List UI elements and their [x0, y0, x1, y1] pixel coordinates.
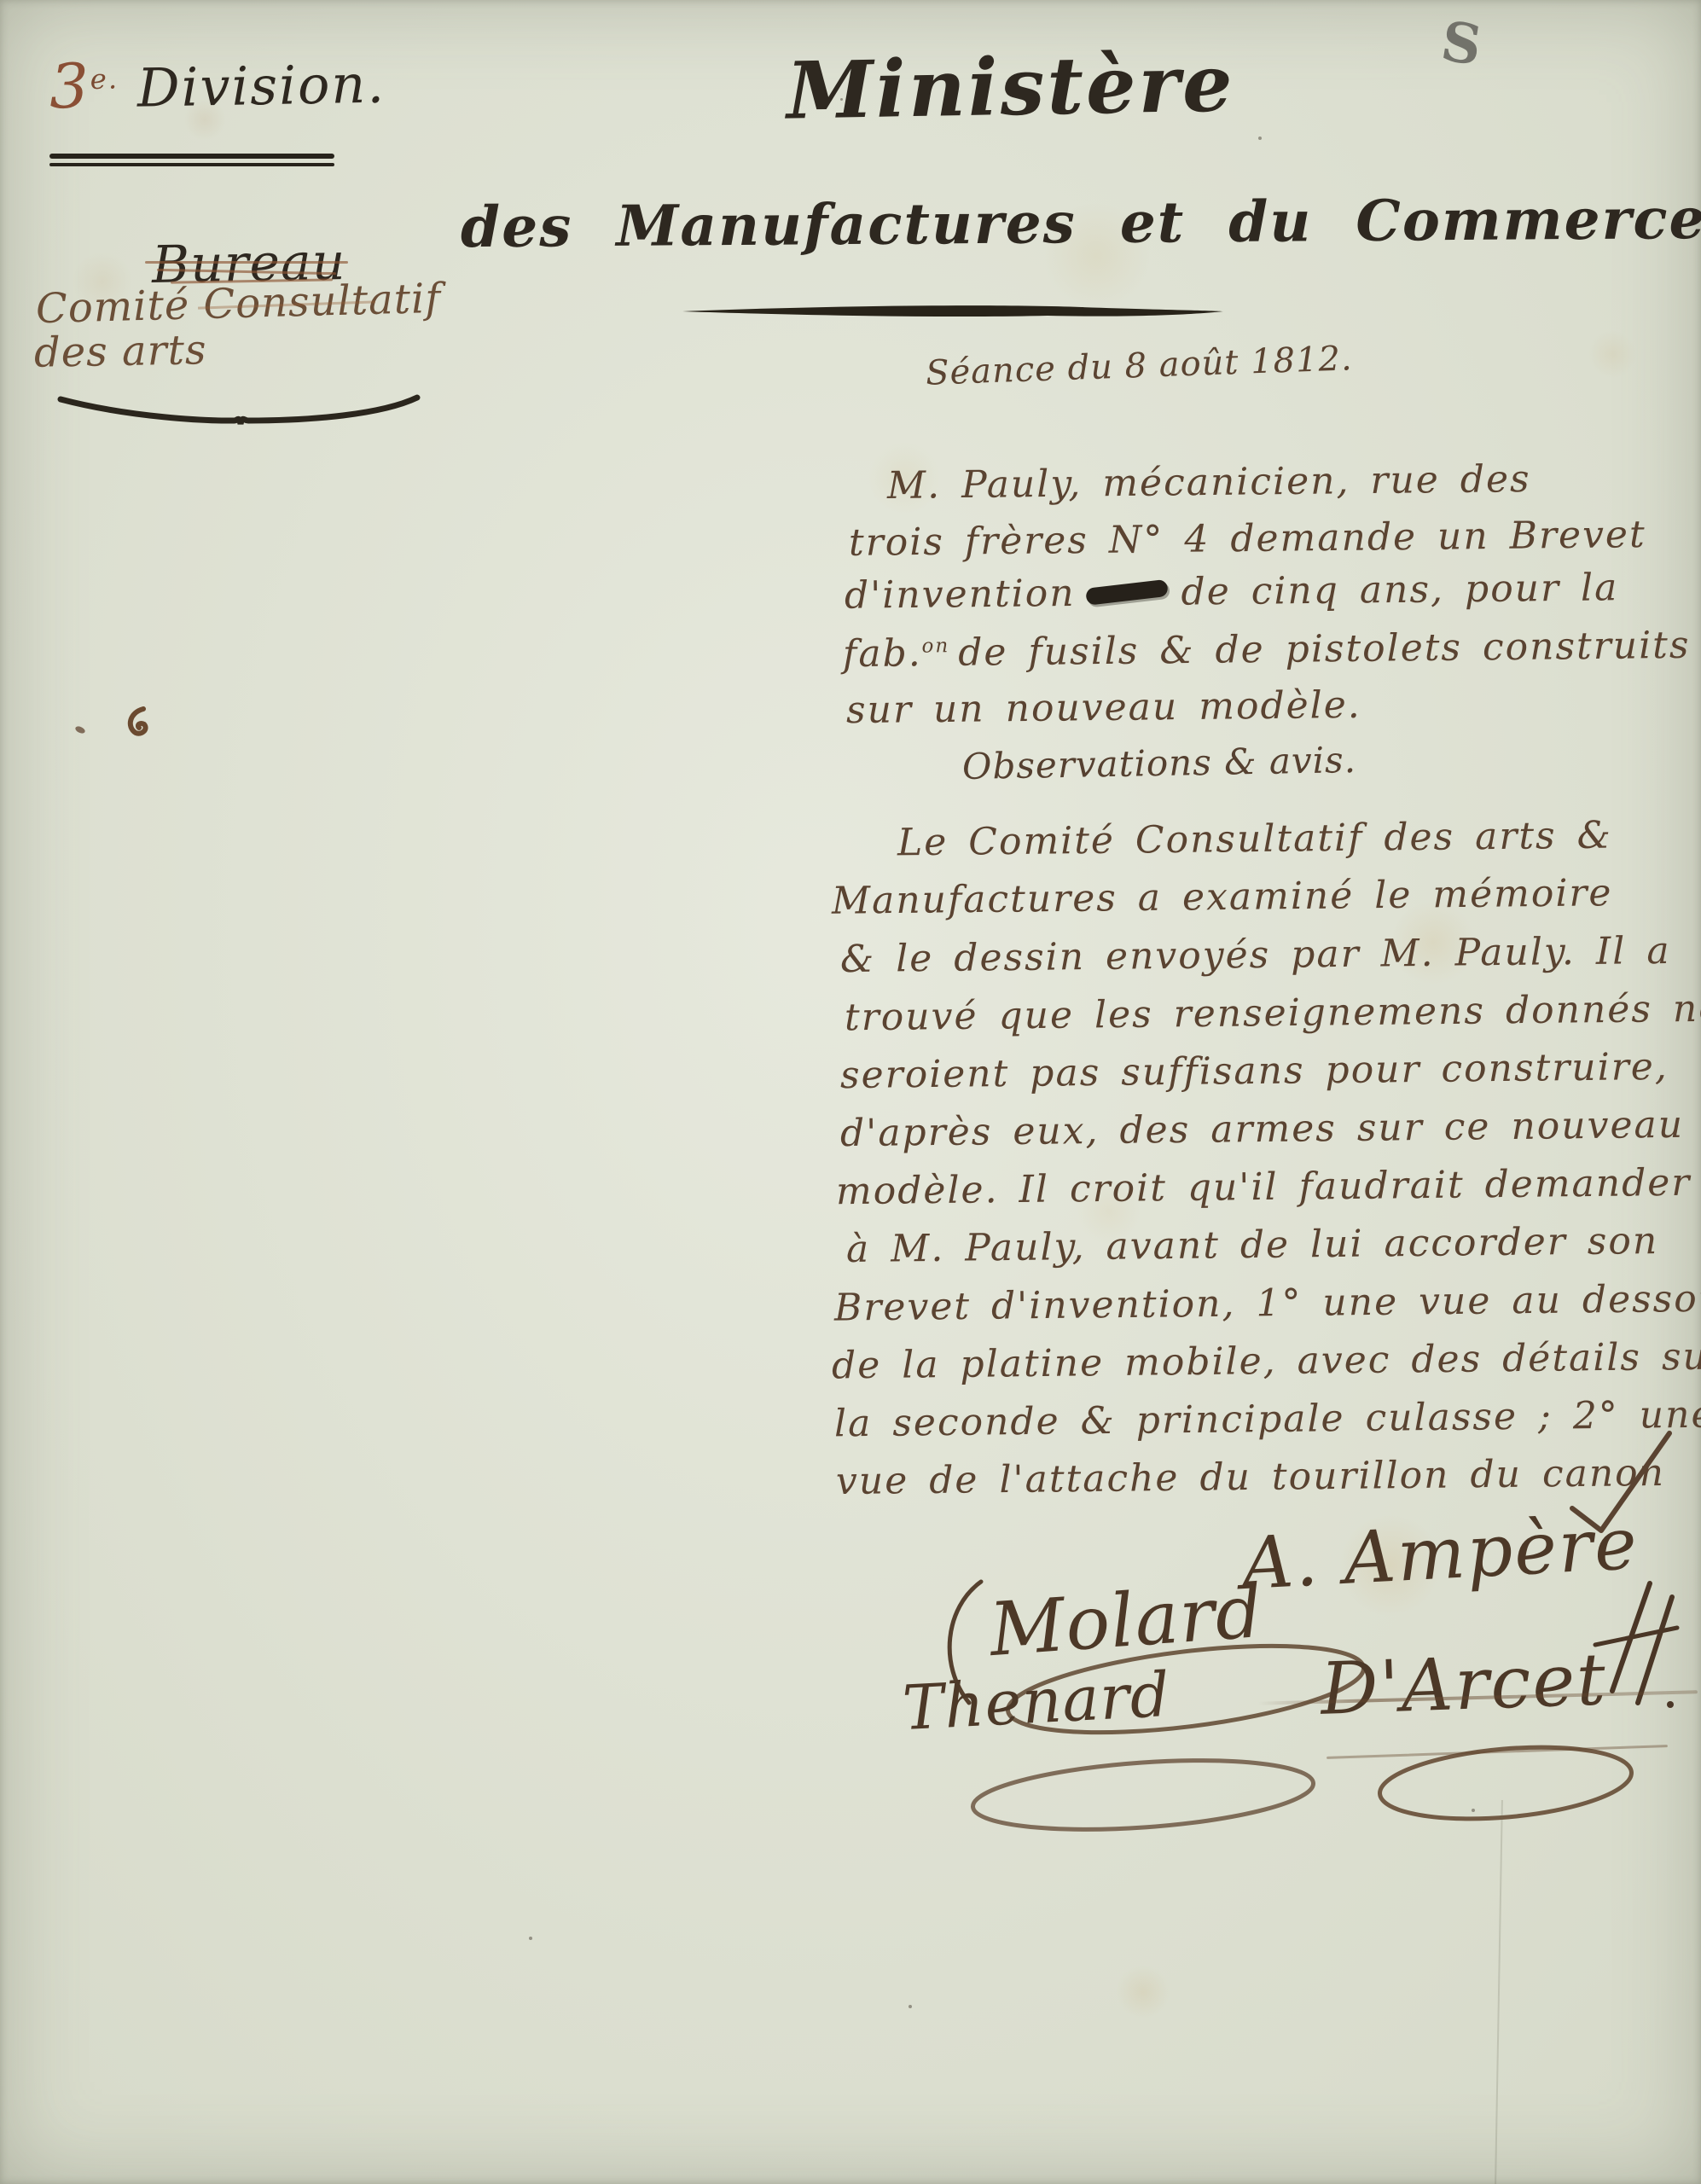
signature-thenard: Thenard: [901, 1658, 1172, 1744]
ink-speck: [74, 725, 86, 735]
margin-ink-mark: [125, 706, 152, 737]
division-ordinal: e.: [90, 62, 119, 96]
paper-speck: [840, 98, 843, 101]
committee-name-line1: Comité Consultatif: [35, 275, 442, 333]
request-line-3-after-blot: de cinq ans, pour la: [1181, 566, 1618, 613]
division-double-rule: [49, 154, 334, 166]
signature-ampere: A. Ampère: [1239, 1501, 1640, 1606]
paper-speck: [1472, 1809, 1475, 1812]
division-number: 3: [49, 50, 90, 123]
opinion-line-4: trouvé que les renseignemens donnés ne: [845, 987, 1701, 1040]
opinion-line-7: modèle. Il croit qu'il faudrait demander: [836, 1161, 1692, 1213]
paper-speck: [909, 2005, 912, 2008]
request-line-1: M. Pauly, mécanicien, rue des: [887, 457, 1531, 508]
request-line-4-superscript: on: [921, 635, 949, 657]
request-line-3: d'inventionde cinq ans, pour la: [845, 566, 1619, 617]
underbrace-icon: [55, 392, 422, 430]
opinion-line-6: d'après eux, des armes sur ce nouveau: [840, 1103, 1685, 1155]
opinion-line-8: à M. Pauly, avant de lui accorder son: [846, 1219, 1659, 1271]
ministry-title: Ministère: [786, 37, 1235, 136]
strike-line: [145, 261, 348, 264]
opinion-line-1: Le Comité Consultatif des arts &: [897, 814, 1612, 865]
paper-fold-line: [1495, 1800, 1503, 2184]
rule-top: [49, 154, 334, 159]
session-date-line: Séance du 8 août 1812.: [925, 339, 1353, 392]
opinion-line-2: Manufactures a examiné le mémoire: [832, 871, 1613, 923]
document-page: S 3e. Division. Bureau Comité Consultati…: [0, 0, 1701, 2184]
loop-flourish-icon: [1369, 1736, 1642, 1832]
division-heading: 3e. Division.: [49, 45, 386, 123]
opinion-line-12: vue de l'attache du tourillon du canon: [836, 1451, 1665, 1503]
section-heading: Observations & avis.: [962, 739, 1357, 787]
opinion-line-5: seroient pas suffisans pour construire,: [840, 1045, 1669, 1097]
opinion-line-9: Brevet d'invention, 1° une vue au dessou…: [834, 1276, 1701, 1329]
division-word: Division.: [136, 53, 386, 119]
ink-blot: [1085, 578, 1169, 605]
paper-speck: [1258, 136, 1262, 140]
paper-speck: [529, 1937, 532, 1940]
underbrace-flourish: [55, 392, 422, 430]
strike-line: [157, 269, 336, 275]
request-line-5: sur un nouveau modèle.: [846, 683, 1361, 732]
committee-name-line2: des arts: [34, 326, 207, 377]
opinion-line-10: de la platine mobile, avec des détails s…: [832, 1334, 1701, 1387]
tapered-rule: [681, 302, 1227, 321]
request-line-4-prefix: fab.: [843, 631, 922, 676]
ministry-department: des Manufactures et du Commerce.: [461, 185, 1701, 260]
loop-flourish-icon: [960, 1751, 1327, 1846]
request-line-3-before-blot: d'invention: [845, 572, 1076, 618]
thenard-lower-loop-flourish: [960, 1751, 1327, 1846]
opinion-line-3: & le dessin envoyés par M. Pauly. Il a: [840, 929, 1671, 981]
archive-mark: S: [1437, 9, 1485, 78]
request-line-2: trois frères N° 4 demande un Brevet: [849, 513, 1646, 565]
ink-mark-icon: [125, 706, 152, 737]
tapered-rule-icon: [681, 302, 1227, 321]
request-line-4: fab.onde fusils & de pistolets construit…: [843, 624, 1691, 676]
signature-darcet: D'Arcet: [1319, 1637, 1608, 1731]
rule-bottom: [49, 163, 334, 166]
request-line-4-rest: de fusils & de pistolets construits: [958, 624, 1691, 675]
darcet-under-loop-flourish: [1369, 1736, 1642, 1832]
